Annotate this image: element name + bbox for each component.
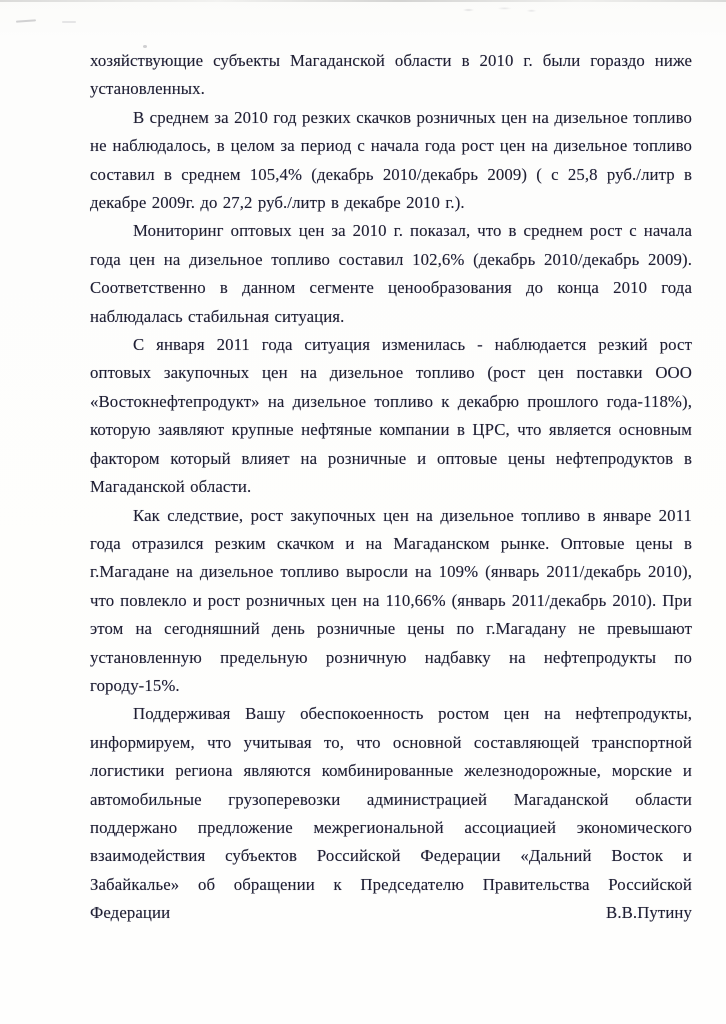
scan-artifact-smudge xyxy=(455,6,545,14)
scan-artifact-top-edge xyxy=(0,0,726,2)
document-page: хозяйствующие субъекты Магаданской облас… xyxy=(0,0,726,1024)
scan-artifact-tick xyxy=(16,19,36,22)
paragraph-wholesale-monitoring-2010: Мониторинг оптовых цен за 2010 г. показа… xyxy=(90,217,692,331)
letter-body: хозяйствующие субъекты Магаданской облас… xyxy=(90,47,692,928)
paragraph-retail-prices-2010: В среднем за 2010 год резких скачков роз… xyxy=(90,104,692,218)
paragraph-magadan-market-impact: Как следствие, рост закупочных цен на ди… xyxy=(90,502,692,701)
paragraph-january-2011-change: С января 2011 года ситуация изменилась -… xyxy=(90,331,692,501)
scan-artifact-tick-2 xyxy=(62,21,76,23)
paragraph-logistics-appeal: Поддерживая Вашу обеспокоенность ростом … xyxy=(90,700,692,927)
paragraph-continuation: хозяйствующие субъекты Магаданской облас… xyxy=(90,47,692,104)
